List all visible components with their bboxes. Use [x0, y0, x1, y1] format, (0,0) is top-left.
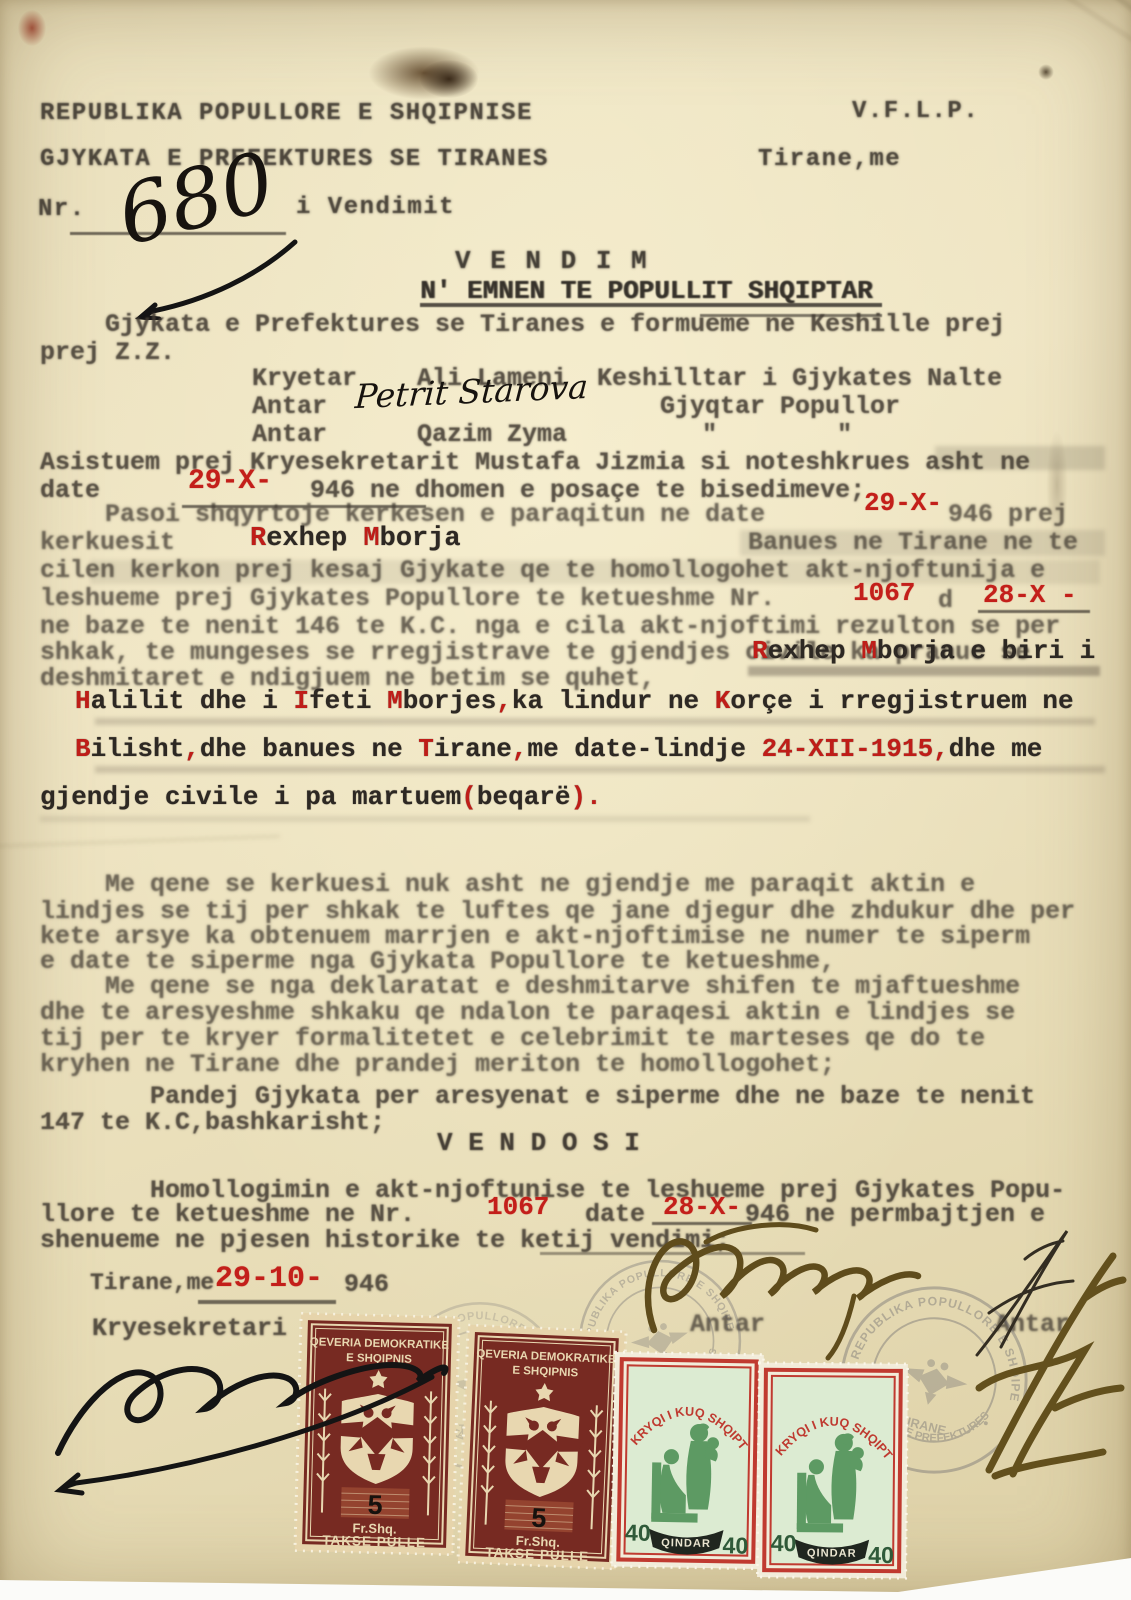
council-member-title: Gjyqtar Popullor	[660, 392, 900, 421]
paper-sheet: REPUBLIKA POPULLORE E SHQIPNISE V.F.L.P.…	[0, 0, 1131, 1600]
smudged-underline	[95, 718, 1095, 725]
page-subtitle: N' EMNEN TE POPULLIT SHQIPTAR	[420, 276, 872, 306]
typed-line: Banues ne Tirane ne te	[748, 528, 1078, 557]
typed-line: Me qene se nga deklaratat e deshmitarve …	[105, 972, 1020, 1001]
council-member-label: Antar	[252, 392, 327, 421]
redcross-stamp	[756, 1361, 909, 1579]
scanned-document: REPUBLIKA POPULLORE E SHQIPNISE V.F.L.P.…	[0, 0, 1131, 1600]
body-line-fresh: gjendje civile i pa martuem(beqarë).	[40, 782, 602, 812]
secretary-signature	[40, 1315, 460, 1505]
typed-line: Pandej Gjykata per aresyenat e siperme d…	[150, 1082, 1035, 1111]
redcross-stamp	[610, 1351, 765, 1571]
paper-stain	[420, 60, 478, 98]
decision-heading: V E N D O S I	[437, 1128, 640, 1158]
decision-number-label: Nr.	[38, 196, 86, 223]
closing-year: 946	[344, 1270, 389, 1299]
red-date-insert: 29-10-	[215, 1262, 323, 1296]
red-date-insert: 28-X -	[983, 580, 1077, 610]
member-signature	[618, 1212, 968, 1362]
paper-crease	[0, 835, 280, 848]
subtitle-underline	[420, 303, 882, 307]
header-vflp: V.F.L.P.	[852, 98, 979, 125]
typed-line: kryhen ne Tirane dhe prandej meriton te …	[40, 1050, 835, 1079]
smudged-underline	[95, 766, 1105, 773]
ink-smudge	[748, 666, 1100, 676]
paper-stain	[18, 10, 46, 46]
typed-line: Me qene se kerkuesi nuk asht ne gjendje …	[105, 870, 975, 899]
petitioner-name-insert: Rexhep Mborja	[250, 524, 461, 554]
red-number-insert: 1067	[853, 578, 915, 608]
typed-line: date	[40, 476, 100, 505]
typed-line: d	[938, 586, 953, 615]
typed-line: kerkuesit	[40, 528, 175, 557]
typed-line: 147 te K.C,bashkarisht;	[40, 1108, 385, 1137]
typed-line: prej Z.Z.	[40, 338, 175, 367]
red-date-insert: 29-X-	[864, 488, 942, 518]
body-line-fresh: Bilisht,dhe banues ne Tirane,me date-lin…	[75, 734, 1042, 764]
page-title: V E N D I M	[455, 246, 649, 276]
typed-line: leshueme prej Gjykates Popullore te ketu…	[40, 584, 775, 613]
typed-line: tij per te kryer formalitetet e celebrim…	[40, 1024, 985, 1053]
red-number-insert: 1067	[487, 1192, 549, 1222]
typed-line: llore te ketueshme ne Nr.	[40, 1200, 415, 1229]
typed-line: dhe te aresyeshme shkaku qe ndalon te pa…	[40, 998, 1015, 1027]
paper-crease	[1010, 0, 1131, 104]
red-date-insert: 29-X-	[188, 466, 272, 497]
closing-place: Tirane,me	[90, 1270, 214, 1296]
judge-signature-large	[935, 1238, 1131, 1503]
header-republic-line: REPUBLIKA POPULLORE E SHQIPNISE	[40, 100, 533, 127]
name-insert-line: Rexhep Mborja e biri i	[752, 636, 1095, 666]
paper-stain	[1038, 64, 1054, 80]
typed-line: Gjykata e Prefektures se Tiranes e formu…	[105, 310, 1005, 339]
blank-underscore-line	[198, 1300, 336, 1304]
typed-line: 946 prej	[948, 500, 1068, 529]
pen-flourish	[95, 150, 325, 320]
body-line-fresh: Halilit dhe i Ifeti Mborjes,ka lindur ne…	[75, 686, 1074, 716]
revenue-stamp	[456, 1324, 628, 1571]
smudged-underline	[40, 816, 810, 822]
header-place-date: Tirane,me	[758, 146, 901, 173]
council-member-line: Antar Qazim Zyma " "	[252, 420, 852, 449]
